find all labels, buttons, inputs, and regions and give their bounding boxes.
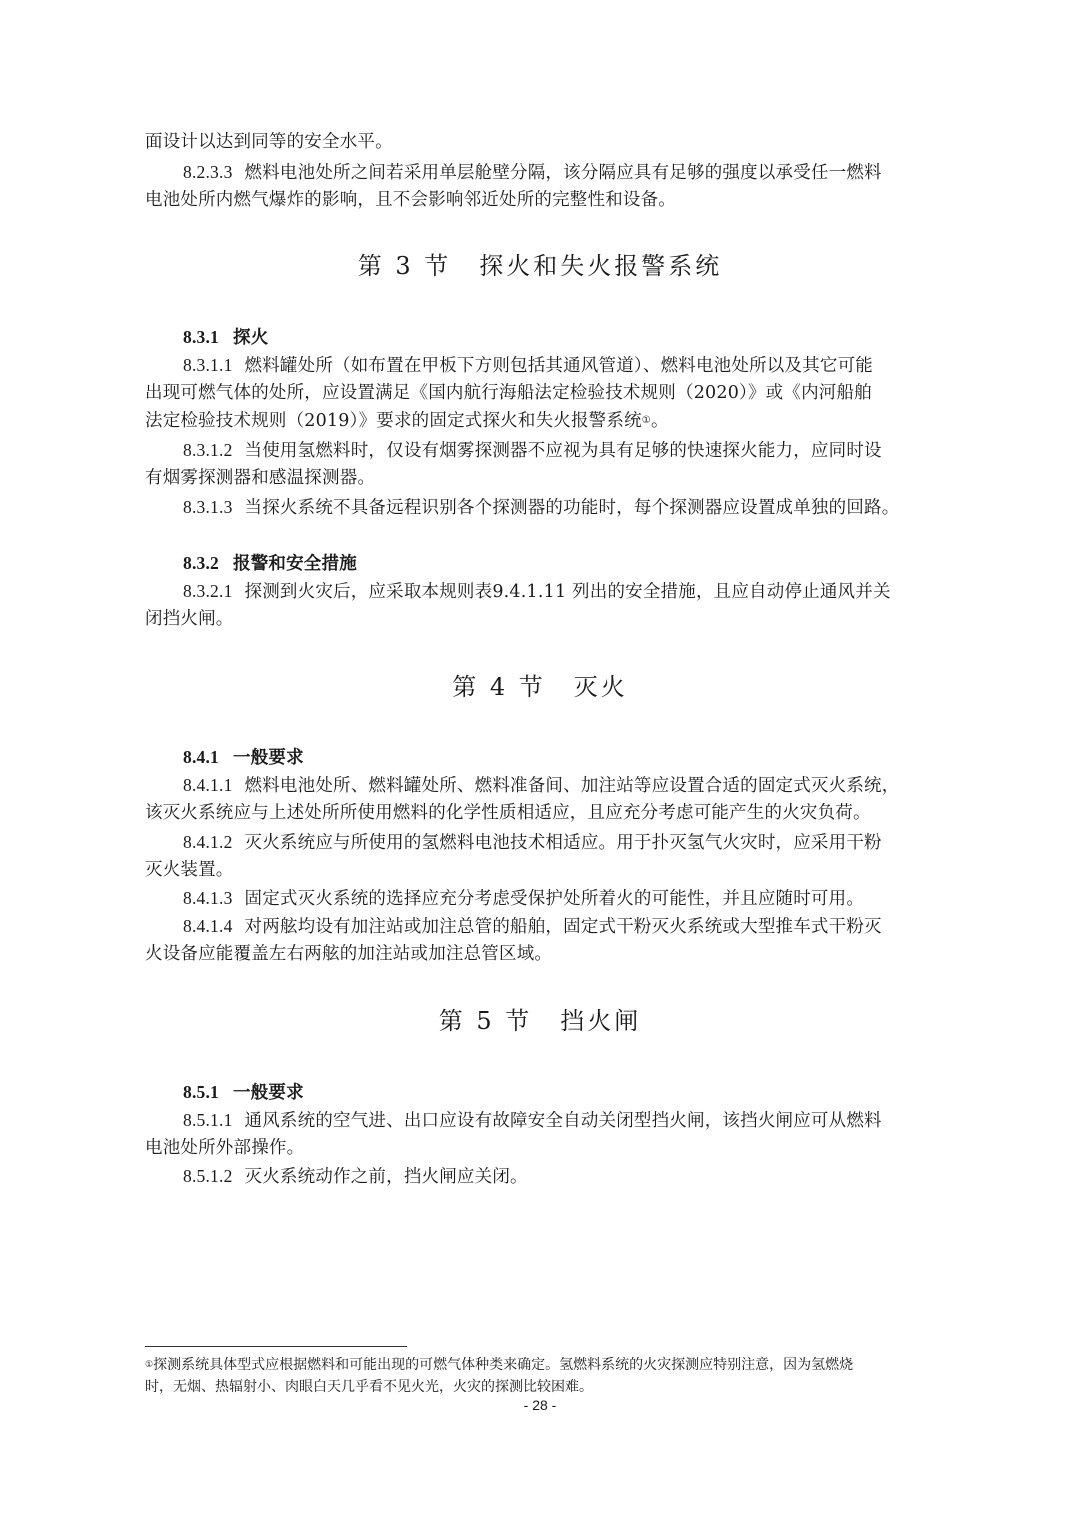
- clause-text: 法定检验技术规则（2019）》要求的固定式探火和失火报警系统: [145, 411, 642, 431]
- subsection-heading-8-3-1: 8.3.1探火: [183, 325, 268, 350]
- clause-text: 当使用氢燃料时，仅设有烟雾探测器不应视为具有足够的快速探火能力，应同时设: [245, 441, 882, 461]
- footnote-text: 探测系统具体型式应根据燃料和可能出现的可燃气体种类来确定。氢燃料系统的火灾探测应…: [153, 1357, 853, 1373]
- clause-number: 8.5.1.2: [183, 1166, 233, 1186]
- footnote-line: 时，无烟、热辐射小、肉眼白天几乎看不见火光，火灾的探测比较困难。: [145, 1377, 593, 1397]
- subsection-heading-8-4-1: 8.4.1一般要求: [183, 745, 304, 770]
- section-title: 挡火闸: [560, 1007, 641, 1035]
- clause-text: 对两舷均设有加注站或加注总管的船舶，固定式干粉灭火系统或大型推车式干粉灭: [245, 917, 882, 937]
- clause-line: 电池处所外部操作。: [145, 1136, 304, 1160]
- clause-number: 8.3.1.1: [183, 355, 233, 375]
- clause-text: 探测到火灾后，应采取本规则表9.4.1.11 列出的安全措施，且应自动停止通风并…: [245, 582, 891, 602]
- clause-8-5-1-1: 8.5.1.1通风系统的空气进、出口应设有故障安全自动关闭型挡火闸，该挡火闸应可…: [183, 1108, 882, 1133]
- subsection-heading-8-3-2: 8.3.2报警和安全措施: [183, 551, 357, 576]
- subsection-number: 8.3.2: [183, 553, 219, 573]
- clause-number: 8.3.1.2: [183, 440, 233, 460]
- clause-text: 固定式灭火系统的选择应充分考虑受保护处所着火的可能性，并且应随时可用。: [245, 889, 865, 909]
- clause-8-2-3-3: 8.2.3.3燃料电池处所之间若采用单层舱壁分隔，该分隔应具有足够的强度以承受任…: [183, 160, 882, 185]
- clause-number: 8.4.1.2: [183, 832, 233, 852]
- subsection-title: 探火: [233, 328, 268, 348]
- clause-number: 8.5.1.1: [183, 1110, 233, 1130]
- clause-8-3-1-1: 8.3.1.1燃料罐处所（如布置在甲板下方则包括其通风管道）、燃料电池处所以及其…: [183, 353, 873, 378]
- section-label: 第 4 节: [452, 673, 546, 701]
- clause-line: 灭火装置。: [145, 858, 234, 882]
- section-title: 探火和失火报警系统: [479, 252, 722, 280]
- clause-number: 8.3.2.1: [183, 581, 233, 601]
- subsection-number: 8.4.1: [183, 747, 219, 767]
- clause-text: 燃料电池处所、燃料罐处所、燃料准备间、加注站等应设置合适的固定式灭火系统，: [245, 776, 900, 796]
- clause-8-3-1-3: 8.3.1.3当探火系统不具备远程识别各个探测器的功能时，每个探测器应设置成单独…: [183, 495, 899, 520]
- clause-line: 有烟雾探测器和感温探测器。: [145, 466, 375, 490]
- clause-number: 8.4.1.4: [183, 916, 233, 936]
- clause-8-3-1-2: 8.3.1.2当使用氢燃料时，仅设有烟雾探测器不应视为具有足够的快速探火能力，应…: [183, 438, 882, 463]
- footnote-ref[interactable]: ①: [642, 415, 651, 426]
- clause-text: 通风系统的空气进、出口应设有故障安全自动关闭型挡火闸，该挡火闸应可从燃料: [245, 1111, 882, 1131]
- clause-end: 。: [651, 411, 669, 431]
- clause-text: 灭火系统动作之前，挡火闸应关闭。: [245, 1167, 528, 1187]
- clause-number: 8.3.1.3: [183, 497, 233, 517]
- subsection-title: 一般要求: [233, 748, 304, 768]
- subsection-title: 一般要求: [233, 1083, 304, 1103]
- footnote: ①探测系统具体型式应根据燃料和可能出现的可燃气体种类来确定。氢燃料系统的火灾探测…: [145, 1355, 853, 1375]
- clause-text: 灭火系统应与所使用的氢燃料电池技术相适应。用于扑灭氢气火灾时，应采用干粉: [245, 833, 882, 853]
- clause-8-3-2-1: 8.3.2.1探测到火灾后，应采取本规则表9.4.1.11 列出的安全措施，且应…: [183, 579, 891, 604]
- subsection-title: 报警和安全措施: [233, 554, 357, 574]
- footnote-divider: [145, 1346, 407, 1347]
- clause-text: 燃料罐处所（如布置在甲板下方则包括其通风管道）、燃料电池处所以及其它可能: [245, 356, 873, 376]
- section-heading-5: 第 5 节挡火闸: [0, 1005, 1080, 1037]
- subsection-heading-8-5-1: 8.5.1一般要求: [183, 1080, 304, 1105]
- section-label: 第 5 节: [439, 1007, 533, 1035]
- clause-8-4-1-3: 8.4.1.3固定式灭火系统的选择应充分考虑受保护处所着火的可能性，并且应随时可…: [183, 886, 864, 911]
- section-label: 第 3 节: [358, 252, 452, 280]
- clause-line: 火设备应能覆盖左右两舷的加注站或加注总管区域。: [145, 942, 552, 966]
- section-heading-3: 第 3 节探火和失火报警系统: [0, 250, 1080, 282]
- clause-8-4-1-2: 8.4.1.2灭火系统应与所使用的氢燃料电池技术相适应。用于扑灭氢气火灾时，应采…: [183, 830, 882, 855]
- footnote-mark: ①: [145, 1360, 153, 1370]
- clause-line: 闭挡火闸。: [145, 607, 234, 631]
- section-title: 灭火: [574, 673, 628, 701]
- clause-line: 法定检验技术规则（2019）》要求的固定式探火和失火报警系统①。: [145, 409, 669, 433]
- clause-8-4-1-1: 8.4.1.1燃料电池处所、燃料罐处所、燃料准备间、加注站等应设置合适的固定式灭…: [183, 773, 899, 798]
- section-heading-4: 第 4 节灭火: [0, 671, 1080, 703]
- clause-number: 8.4.1.3: [183, 888, 233, 908]
- paragraph-line: 电池处所内燃气爆炸的影响，且不会影响邻近处所的完整性和设备。: [145, 188, 676, 212]
- subsection-number: 8.3.1: [183, 327, 219, 347]
- clause-number: 8.2.3.3: [183, 162, 233, 182]
- clause-text: 当探火系统不具备远程识别各个探测器的功能时，每个探测器应设置成单独的回路。: [245, 498, 900, 518]
- clause-number: 8.4.1.1: [183, 775, 233, 795]
- subsection-number: 8.5.1: [183, 1082, 219, 1102]
- paragraph-line: 面设计以达到同等的安全水平。: [145, 130, 393, 154]
- clause-8-4-1-4: 8.4.1.4对两舷均设有加注站或加注总管的船舶，固定式干粉灭火系统或大型推车式…: [183, 914, 882, 939]
- clause-text: 燃料电池处所之间若采用单层舱壁分隔，该分隔应具有足够的强度以承受任一燃料: [245, 163, 882, 183]
- page-number: - 28 -: [0, 1397, 1080, 1413]
- clause-line: 出现可燃气体的处所，应设置满足《国内航行海船法定检验技术规则（2020）》或《内…: [145, 381, 872, 405]
- clause-8-5-1-2: 8.5.1.2灭火系统动作之前，挡火闸应关闭。: [183, 1164, 528, 1189]
- clause-line: 该灭火系统应与上述处所所使用燃料的化学性质相适应，且应充分考虑可能产生的火灾负荷…: [145, 801, 871, 825]
